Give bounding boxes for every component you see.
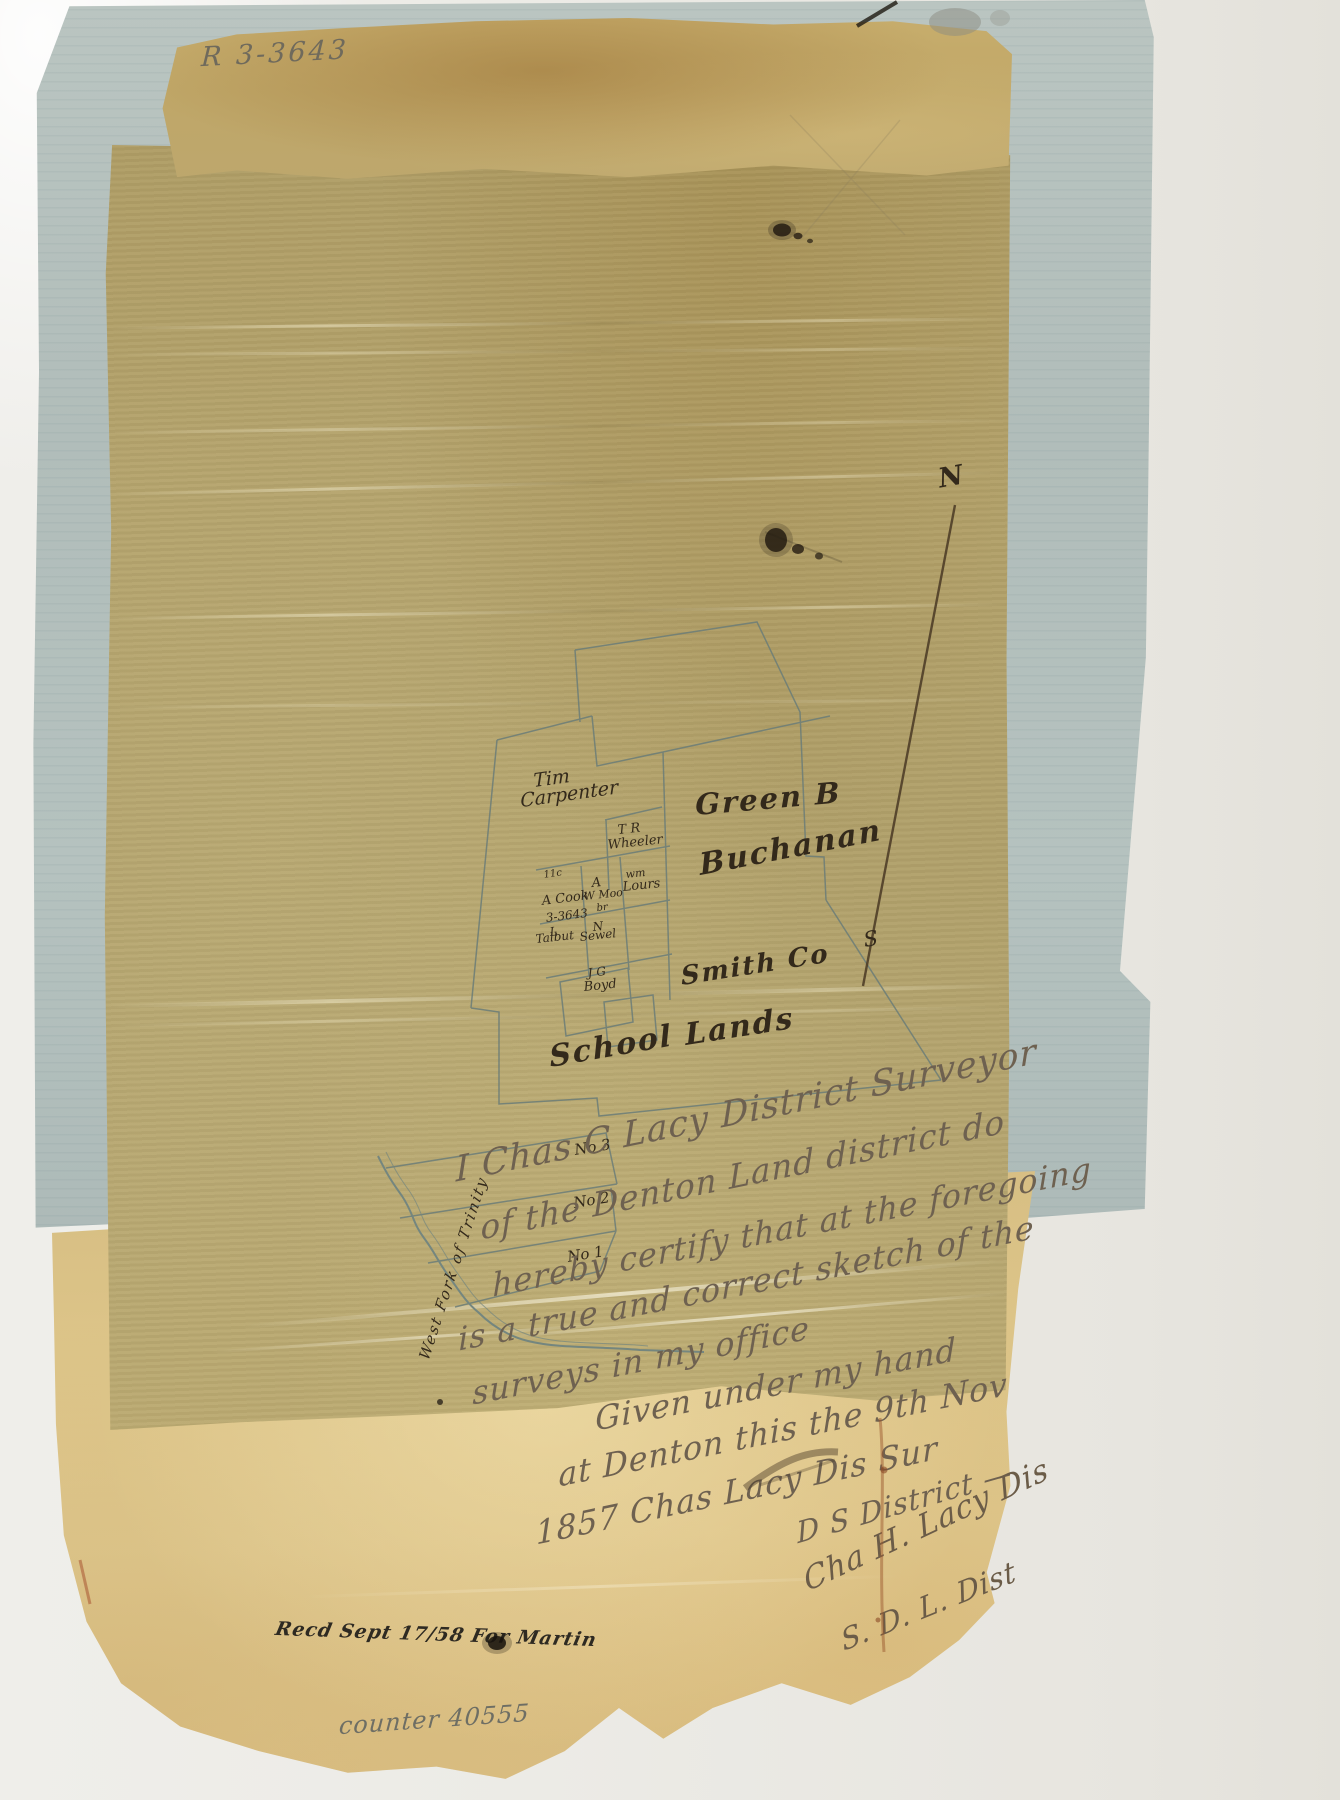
north-mark: N	[936, 459, 968, 494]
parcel-label-moore-suffix: br	[596, 902, 608, 914]
scanned-survey-document: R 3-3643 Tim Carpenter Green B Buchanan …	[0, 0, 1340, 1800]
